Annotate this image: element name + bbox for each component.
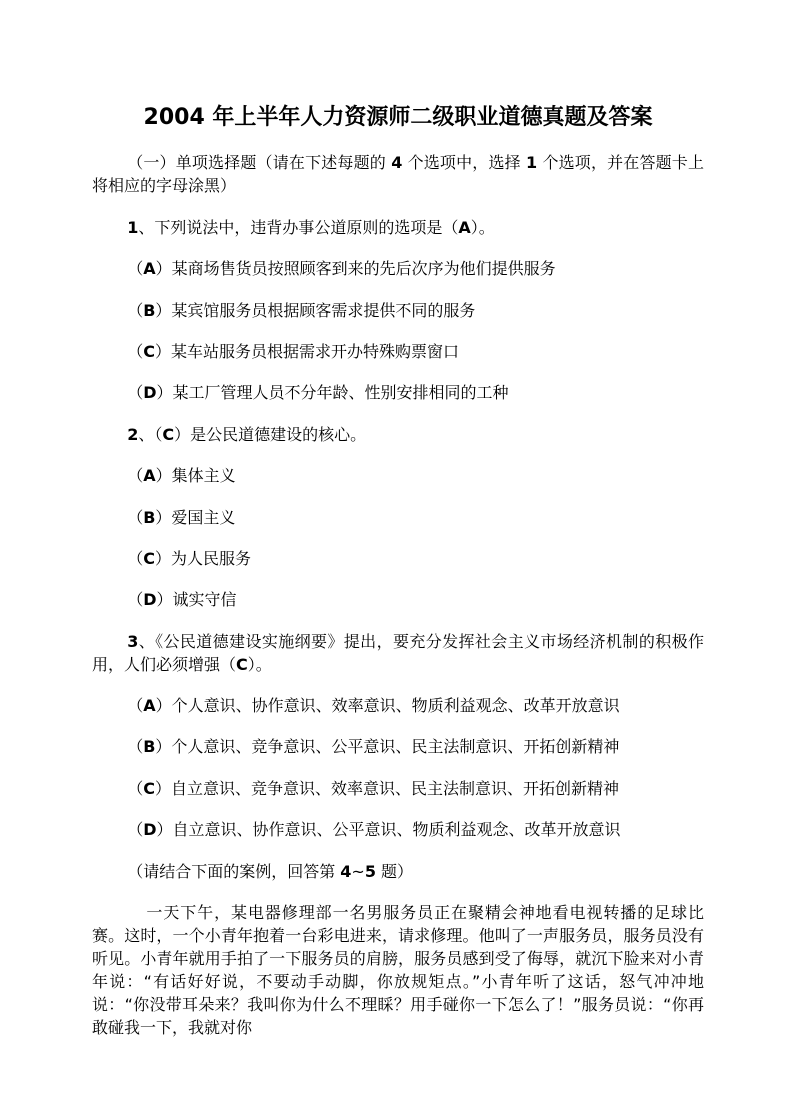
question-2-option-c: （C）为人民服务: [92, 547, 704, 570]
question-3-option-c: （C）自立意识、竞争意识、效率意识、民主法制意识、开拓创新精神: [92, 777, 704, 800]
case-paragraph: 一天下午，某电器修理部一名男服务员正在聚精会神地看电视转播的足球比赛。这时，一个…: [92, 901, 704, 1039]
question-3-option-b: （B）个人意识、竞争意识、公平意识、民主法制意识、开拓创新精神: [92, 735, 704, 758]
case-note: （请结合下面的案例，回答第 4~5 题）: [92, 860, 704, 883]
document-page: 2004 年上半年人力资源师二级职业道德真题及答案 （一）单项选择题（请在下述每…: [0, 0, 790, 1119]
question-3-option-d: （D）自立意识、协作意识、公平意识、物质利益观念、改革开放意识: [92, 818, 704, 841]
question-1-stem: 1、下列说法中，违背办事公道原则的选项是（A）。: [92, 216, 704, 239]
question-3-option-a: （A）个人意识、协作意识、效率意识、物质利益观念、改革开放意识: [92, 694, 704, 717]
question-1-option-d: （D）某工厂管理人员不分年龄、性别安排相同的工种: [92, 381, 704, 404]
question-1-option-c: （C）某车站服务员根据需求开办特殊购票窗口: [92, 340, 704, 363]
question-2-option-b: （B）爱国主义: [92, 506, 704, 529]
section-instructions: （一）单项选择题（请在下述每题的 4 个选项中，选择 1 个选项，并在答题卡上将…: [92, 151, 704, 197]
question-2-option-a: （A）集体主义: [92, 464, 704, 487]
question-1-option-a: （A）某商场售货员按照顾客到来的先后次序为他们提供服务: [92, 257, 704, 280]
question-1-option-b: （B）某宾馆服务员根据顾客需求提供不同的服务: [92, 299, 704, 322]
page-content: 2004 年上半年人力资源师二级职业道德真题及答案 （一）单项选择题（请在下述每…: [0, 0, 790, 1039]
question-3-stem: 3、《公民道德建设实施纲要》提出，要充分发挥社会主义市场经济机制的积极作用，人们…: [92, 630, 704, 676]
question-2-stem: 2、（C）是公民道德建设的核心。: [92, 423, 704, 446]
question-2-option-d: （D）诚实守信: [92, 588, 704, 611]
page-title: 2004 年上半年人力资源师二级职业道德真题及答案: [92, 103, 704, 133]
